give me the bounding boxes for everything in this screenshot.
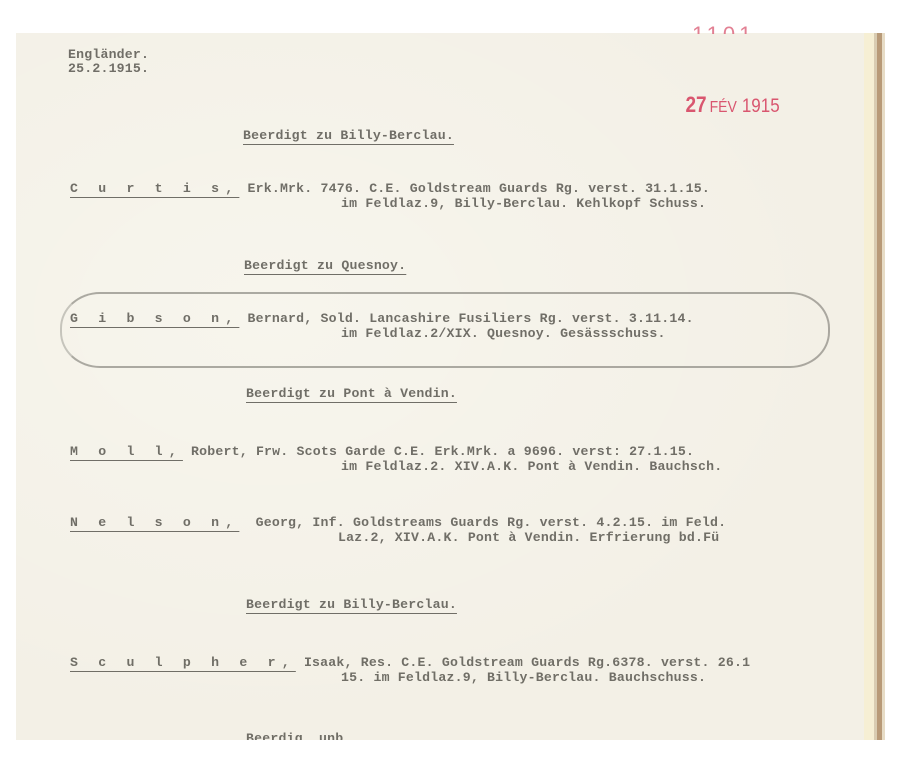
entry-line: G i b s o n, Bernard, Sold. Lancashire F… (70, 311, 694, 326)
entry-line: C u r t i s, Erk.Mrk. 7476. C.E. Goldstr… (70, 181, 710, 196)
section-heading: Beerdigt zu Pont à Vendin. (246, 386, 457, 401)
entry-line-2: im Feldlaz.2. XIV.A.K. Pont à Vendin. Ba… (341, 459, 722, 474)
header-date: 25.2.1915. (68, 61, 149, 76)
entry-details: Georg, Inf. Goldstreams Guards Rg. verst… (239, 515, 726, 530)
entry-line: S c u l p h e r, Isaak, Res. C.E. Goldst… (70, 655, 750, 670)
entry-line-2: im Feldlaz.9, Billy-Berclau. Kehlkopf Sc… (341, 196, 706, 211)
entry-line: M o l l, Robert, Frw. Scots Garde C.E. E… (70, 444, 694, 459)
page-edge (864, 33, 874, 741)
section-heading: Beerdigt zu Quesnoy. (244, 258, 406, 273)
entry-details: Isaak, Res. C.E. Goldstream Guards Rg.63… (296, 655, 750, 670)
entry-details: Robert, Frw. Scots Garde C.E. Erk.Mrk. a… (183, 444, 694, 459)
stamp-month: FÉV (710, 97, 737, 115)
entry-line-2: Laz.2, XIV.A.K. Pont à Vendin. Erfrierun… (338, 530, 719, 545)
entry-surname: M o l l, (70, 444, 183, 459)
received-date-stamp: 27FÉV1915 (676, 71, 780, 119)
entry-details: Bernard, Sold. Lancashire Fusiliers Rg. … (239, 311, 693, 326)
header-nationality: Engländer. (68, 47, 149, 62)
entry-line-2: im Feldlaz.2/XIX. Quesnoy. Gesässschuss. (341, 326, 666, 341)
entry-surname: N e l s o n, (70, 515, 239, 530)
entry-line-2: 15. im Feldlaz.9, Billy-Berclau. Bauchsc… (341, 670, 706, 685)
page-edge (882, 33, 885, 741)
entry-details: Erk.Mrk. 7476. C.E. Goldstream Guards Rg… (239, 181, 710, 196)
entry-line: N e l s o n, Georg, Inf. Goldstreams Gua… (70, 515, 726, 530)
section-heading: Beerdigt zu Billy-Berclau. (246, 597, 457, 612)
scan-bottom-margin (0, 740, 905, 767)
stamp-day: 27 (685, 94, 706, 118)
stamp-year: 1915 (742, 95, 780, 117)
entry-surname: C u r t i s, (70, 181, 239, 196)
entry-surname: S c u l p h e r, (70, 655, 296, 670)
entry-surname: G i b s o n, (70, 311, 239, 326)
stamp-number: 1101 (692, 22, 755, 34)
section-heading: Beerdigt zu Billy-Berclau. (243, 128, 454, 143)
